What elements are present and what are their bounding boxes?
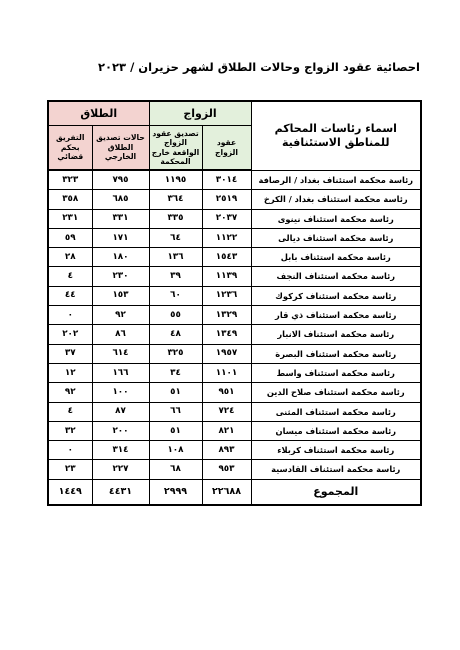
table-row: رئاسة محكمة استئناف كركوك ١٢٣٦ ٦٠ ١٥٣ ٤٤ [48,286,421,305]
court-name: رئاسة محكمة استئناف البصرة [251,344,421,363]
court-name: رئاسة محكمة استئناف الانبار [251,325,421,344]
divorce-judicial-value: ٩٢ [48,383,92,402]
marriage-contracts-value: ٩٥٣ [202,460,251,479]
table-row: رئاسة محكمة استئناف الانبار ١٣٤٩ ٤٨ ٨٦ ٢… [48,325,421,344]
marriage-contracts-value: ٢٠٣٧ [202,209,251,228]
table-row: رئاسة محكمة استئناف المثنى ٧٢٤ ٦٦ ٨٧ ٤ [48,402,421,421]
divorce-judicial-value: ٣٧ [48,344,92,363]
document-page: { "page": { "title": "احصائية عقود الزوا… [0,0,460,650]
divorce-judicial-value: ٣٢٣ [48,170,92,190]
court-name: رئاسة محكمة استئناف واسط [251,363,421,382]
marriage-contracts-value: ٧٢٤ [202,402,251,421]
court-name: رئاسة محكمة استئناف بابل [251,248,421,267]
divorce-external-value: ١٠٠ [92,383,149,402]
total-marriage-outside: ٢٩٩٩ [149,479,202,505]
marriage-contracts-value: ١٥٤٣ [202,248,251,267]
divorce-judicial-value: ٢٣ [48,460,92,479]
marriage-contracts-value: ١٣٢٩ [202,306,251,325]
marriage-contracts-value: ١٢٣٦ [202,286,251,305]
divorce-judicial-value: ٠ [48,306,92,325]
divorce-judicial-value: ٢٠٢ [48,325,92,344]
marriage-outside-value: ٣٢٥ [149,344,202,363]
divorce-external-value: ١٧١ [92,228,149,247]
marriage-outside-value: ٥١ [149,421,202,440]
divorce-external-value: ٩٢ [92,306,149,325]
table-row: رئاسة محكمة استئناف القادسية ٩٥٣ ٦٨ ٢٢٧ … [48,460,421,479]
divorce-external-value: ٦١٤ [92,344,149,363]
court-name: رئاسة محكمة استئناف بغداد / الكرخ [251,190,421,209]
divorce-external-value: ٢٠٠ [92,421,149,440]
divorce-external-value: ١٨٠ [92,248,149,267]
marriage-contracts-value: ١٩٥٧ [202,344,251,363]
marriage-outside-value: ٤٨ [149,325,202,344]
column-header-marriage-contracts: عقود الزواج [202,126,251,171]
court-name: رئاسة محكمة استئناف نينوى [251,209,421,228]
table-row: رئاسة محكمة استئناف كربلاء ٨٩٣ ١٠٨ ٣١٤ ٠ [48,441,421,460]
marriage-outside-value: ٣٤ [149,363,202,382]
table-row: رئاسة محكمة استئناف ديالى ١١٢٢ ٦٤ ١٧١ ٥٩ [48,228,421,247]
total-divorce-judicial: ١٤٤٩ [48,479,92,505]
marriage-outside-value: ٥١ [149,383,202,402]
group-header-marriage: الزواج [149,101,251,126]
marriage-outside-value: ٣٣٥ [149,209,202,228]
table-row: رئاسة محكمة استئناف نينوى ٢٠٣٧ ٣٣٥ ٣٣١ ٢… [48,209,421,228]
total-marriage-contracts: ٢٢٦٨٨ [202,479,251,505]
marriage-outside-value: ٦٨ [149,460,202,479]
marriage-contracts-value: ٣٠١٤ [202,170,251,190]
column-header-marriage-outside-court: تصديق عقود الزواج الواقعة خارج المحكمة [149,126,202,171]
marriage-outside-value: ١١٩٥ [149,170,202,190]
group-header-row: اسماء رئاسات المحاكم للمناطق الاستئنافية… [48,101,421,126]
divorce-judicial-value: ٠ [48,441,92,460]
column-header-divorce-external: حالات تصديق الطلاق الخارجي [92,126,149,171]
divorce-judicial-value: ٤ [48,267,92,286]
marriage-contracts-value: ١١٣٩ [202,267,251,286]
marriage-outside-value: ٣٦٤ [149,190,202,209]
total-row: المجموع ٢٢٦٨٨ ٢٩٩٩ ٤٤٣١ ١٤٤٩ [48,479,421,505]
table-row: رئاسة محكمة استئناف بغداد / الرصافة ٣٠١٤… [48,170,421,190]
total-divorce-external: ٤٤٣١ [92,479,149,505]
table-row: رئاسة محكمة استئناف واسط ١١٠١ ٣٤ ١٦٦ ١٢ [48,363,421,382]
divorce-judicial-value: ٤ [48,402,92,421]
divorce-judicial-value: ٣٢ [48,421,92,440]
divorce-external-value: ٢٣٠ [92,267,149,286]
table-row: رئاسة محكمة استئناف البصرة ١٩٥٧ ٣٢٥ ٦١٤ … [48,344,421,363]
court-name: رئاسة محكمة استئناف ميسان [251,421,421,440]
court-name: رئاسة محكمة استئناف بغداد / الرصافة [251,170,421,190]
marriage-outside-value: ٦٠ [149,286,202,305]
divorce-judicial-value: ٢٨ [48,248,92,267]
group-header-divorce: الطلاق [48,101,149,126]
marriage-contracts-value: ١٣٤٩ [202,325,251,344]
court-name: رئاسة محكمة استئناف ديالى [251,228,421,247]
marriage-outside-value: ١٣٦ [149,248,202,267]
court-name: رئاسة محكمة استئناف كربلاء [251,441,421,460]
table-row: رئاسة محكمة استئناف ذي قار ١٣٢٩ ٥٥ ٩٢ ٠ [48,306,421,325]
marriage-outside-value: ٦٦ [149,402,202,421]
court-name: رئاسة محكمة استئناف كركوك [251,286,421,305]
marriage-outside-value: ٦٤ [149,228,202,247]
marriage-contracts-value: ٨٢١ [202,421,251,440]
marriage-contracts-value: ٢٥١٩ [202,190,251,209]
total-label: المجموع [251,479,421,505]
court-name: رئاسة محكمة استئناف صلاح الدين [251,383,421,402]
marriage-outside-value: ٣٩ [149,267,202,286]
table-row: رئاسة محكمة استئناف ميسان ٨٢١ ٥١ ٢٠٠ ٣٢ [48,421,421,440]
divorce-external-value: ٣٣١ [92,209,149,228]
divorce-external-value: ٦٨٥ [92,190,149,209]
divorce-external-value: ١٥٣ [92,286,149,305]
column-header-divorce-judicial: التفريق بحكم قضائي [48,126,92,171]
table-row: رئاسة محكمة استئناف صلاح الدين ٩٥١ ٥١ ١٠… [48,383,421,402]
divorce-external-value: ٢٢٧ [92,460,149,479]
marriage-contracts-value: ٩٥١ [202,383,251,402]
court-name: رئاسة محكمة استئناف النجف [251,267,421,286]
statistics-table: اسماء رئاسات المحاكم للمناطق الاستئنافية… [47,100,422,506]
marriage-contracts-value: ١١٢٢ [202,228,251,247]
table-row: رئاسة محكمة استئناف النجف ١١٣٩ ٣٩ ٢٣٠ ٤ [48,267,421,286]
divorce-judicial-value: ٢٣١ [48,209,92,228]
court-name: رئاسة محكمة استئناف ذي قار [251,306,421,325]
divorce-judicial-value: ١٢ [48,363,92,382]
marriage-contracts-value: ١١٠١ [202,363,251,382]
table-row: رئاسة محكمة استئناف بابل ١٥٤٣ ١٣٦ ١٨٠ ٢٨ [48,248,421,267]
divorce-external-value: ١٦٦ [92,363,149,382]
page-title: احصائية عقود الزواج وحالات الطلاق لشهر ح… [98,60,420,74]
divorce-external-value: ٣١٤ [92,441,149,460]
divorce-external-value: ٧٩٥ [92,170,149,190]
divorce-judicial-value: ٤٤ [48,286,92,305]
marriage-outside-value: ١٠٨ [149,441,202,460]
divorce-judicial-value: ٥٩ [48,228,92,247]
marriage-contracts-value: ٨٩٣ [202,441,251,460]
court-name: رئاسة محكمة استئناف القادسية [251,460,421,479]
divorce-external-value: ٨٧ [92,402,149,421]
divorce-external-value: ٨٦ [92,325,149,344]
marriage-outside-value: ٥٥ [149,306,202,325]
court-name: رئاسة محكمة استئناف المثنى [251,402,421,421]
divorce-judicial-value: ٣٥٨ [48,190,92,209]
column-header-court-names: اسماء رئاسات المحاكم للمناطق الاستئنافية [251,101,421,170]
table-row: رئاسة محكمة استئناف بغداد / الكرخ ٢٥١٩ ٣… [48,190,421,209]
